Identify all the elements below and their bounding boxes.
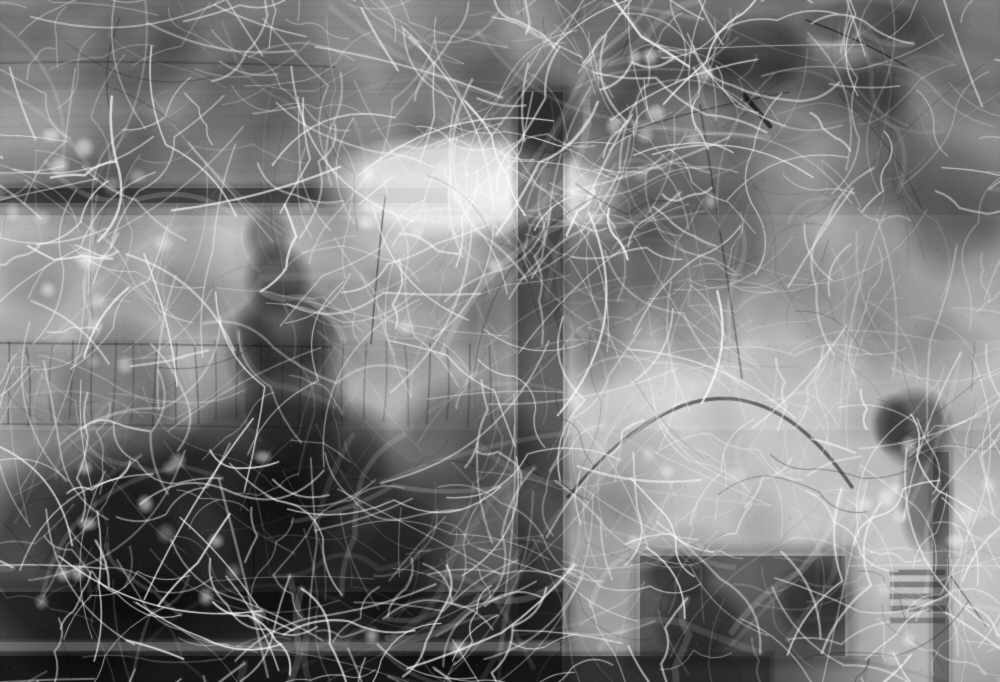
photo-canvas xyxy=(0,0,1000,682)
photograph xyxy=(0,0,1000,682)
